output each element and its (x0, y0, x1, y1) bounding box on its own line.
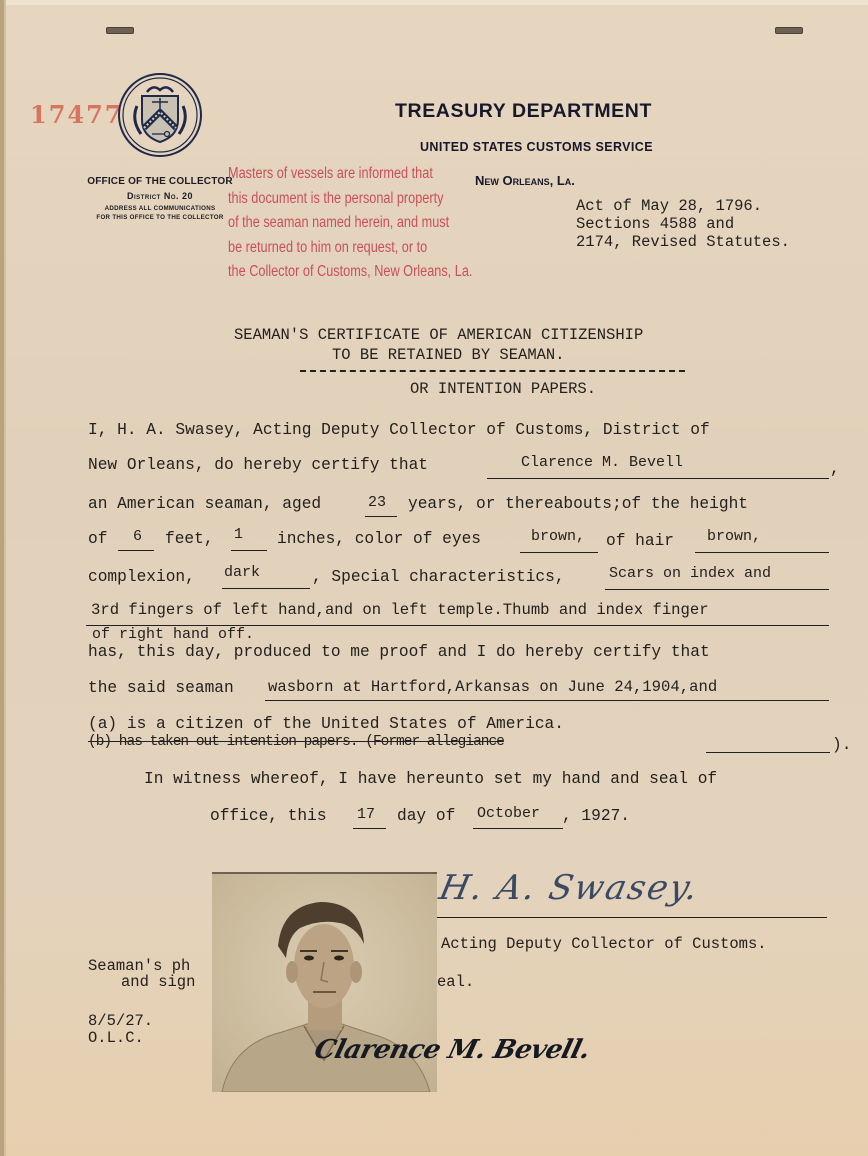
body-line-3-suffix: years, or thereabouts;of the height (408, 495, 748, 513)
complexion-field: dark (224, 564, 260, 581)
title-line-1: SEAMAN'S CERTIFICATE OF AMERICAN CITIZEN… (234, 326, 643, 344)
label: of hair (606, 532, 674, 550)
label: inches, color of eyes (277, 530, 481, 548)
address-note: ADDRESS ALL COMMUNICATIONS FOR THIS OFFI… (84, 204, 236, 222)
height-feet-field: 6 (133, 528, 142, 545)
hair-color-field: brown, (707, 528, 761, 545)
label: of (88, 530, 107, 548)
underline (706, 752, 830, 753)
day-field: 17 (357, 806, 375, 823)
address-line-2: FOR THIS OFFICE TO THE COLLECTOR (84, 213, 236, 222)
date-note: 8/5/27. (88, 1012, 153, 1030)
page-top-edge (0, 0, 868, 5)
district-number: District No. 20 (84, 191, 236, 201)
underline (118, 550, 154, 551)
body-line-2: New Orleans, do hereby certify that (88, 456, 428, 474)
stamp-line: this document is the personal property (228, 187, 466, 212)
birth-info-field: wasborn at Hartford,Arkansas on June 24,… (268, 678, 717, 696)
proof-line: has, this day, produced to me proof and … (88, 643, 710, 661)
month-field: October (477, 805, 540, 822)
special-characteristics-3: of right hand off. (92, 626, 254, 643)
special-characteristics-2: 3rd fingers of left hand,and on left tem… (91, 601, 709, 619)
label: day of (397, 807, 455, 825)
special-characteristics-1: Scars on index and (609, 565, 771, 582)
witness-line: In witness whereof, I have hereunto set … (144, 770, 717, 788)
certificate-page: 17477 OFFICE OF THE COLLECTOR District N… (0, 0, 868, 1156)
address-line-1: ADDRESS ALL COMMUNICATIONS (84, 204, 236, 213)
title-line-2: OR INTENTION PAPERS. (234, 380, 643, 398)
retained-notice: TO BE RETAINED BY SEAMAN. (332, 346, 565, 364)
label: ). (832, 736, 851, 754)
underline (231, 550, 267, 551)
underline (487, 478, 829, 479)
city-heading: New Orleans, La. (475, 173, 575, 188)
act-line: 2174, Revised Statutes. (576, 233, 790, 251)
stamp-line: be returned to him on request, or to (228, 236, 466, 261)
service-heading: UNITED STATES CUSTOMS SERVICE (420, 140, 653, 154)
age-field: 23 (368, 494, 386, 511)
office-of-collector-block: OFFICE OF THE COLLECTOR District No. 20 … (84, 176, 236, 222)
underline (222, 588, 310, 589)
office-title: OFFICE OF THE COLLECTOR (84, 176, 236, 187)
underline (520, 552, 598, 553)
body-line-3-prefix: an American seaman, aged (88, 495, 321, 513)
label: , 1927. (562, 807, 630, 825)
file-number-stamp: 17477 (30, 100, 124, 129)
underline (473, 828, 563, 829)
label: office, this (210, 807, 327, 825)
department-heading: TREASURY DEPARTMENT (395, 100, 652, 123)
underline (605, 589, 829, 590)
photo-caption-2: and sign (121, 973, 195, 991)
stamp-line: Masters of vessels are informed that (228, 162, 466, 187)
page-left-edge-inner (4, 0, 6, 1156)
staple-icon (106, 27, 134, 34)
treasury-seal-icon (117, 72, 203, 158)
seaman-name-field: Clarence M. Bevell (521, 454, 683, 471)
photo-caption-seal: eal. (437, 973, 474, 991)
label: complexion, (88, 568, 195, 586)
underline (353, 828, 386, 829)
staple-icon (775, 27, 803, 34)
act-reference: Act of May 28, 1796. Sections 4588 and 2… (576, 197, 790, 251)
underline (695, 552, 829, 553)
citizen-line: (a) is a citizen of the United States of… (88, 715, 564, 733)
seaman-signature: Clarence M. Bevell. (311, 1035, 593, 1065)
label: feet, (165, 530, 214, 548)
collector-title: Acting Deputy Collector of Customs. (441, 935, 767, 953)
stamp-line: the Collector of Customs, New Orleans, L… (228, 260, 466, 285)
initials: O.L.C. (88, 1029, 144, 1047)
stamp-line: of the seaman named herein, and must (228, 211, 466, 236)
title-divider (300, 370, 685, 372)
collector-signature: H. A. Swasey. (436, 868, 704, 908)
act-line: Sections 4588 and (576, 215, 790, 233)
underline (365, 516, 397, 517)
underline (265, 700, 829, 701)
comma: , (830, 460, 840, 478)
label: , Special characteristics, (312, 568, 565, 586)
label: the said seaman (88, 679, 234, 697)
masters-notice-stamp: Masters of vessels are informed that thi… (228, 162, 466, 285)
eye-color-field: brown, (531, 528, 585, 545)
act-line: Act of May 28, 1796. (576, 197, 790, 215)
body-line-1: I, H. A. Swasey, Acting Deputy Collector… (88, 421, 710, 439)
signature-line (437, 917, 827, 918)
height-inches-field: 1 (234, 526, 243, 543)
struck-intention-line: (b) has taken out intention papers. (For… (88, 734, 504, 750)
